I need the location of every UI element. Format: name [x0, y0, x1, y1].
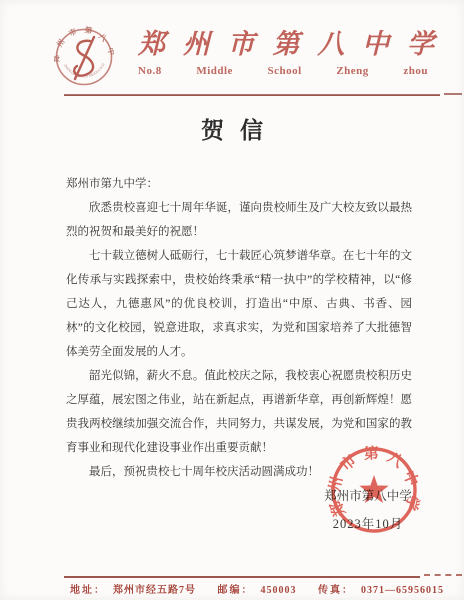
- seal-star-icon: [359, 475, 388, 503]
- paragraph-1: 欣悉贵校喜迎七十周年华诞，谨向贵校师生及广大校友致以最热烈的祝贺和最美好的祝愿！: [66, 196, 412, 244]
- footer-address: 地址：郑州市经五路7号: [70, 581, 196, 596]
- footer-postcode-label: 邮编：: [218, 585, 254, 596]
- footer-address-label: 地址：: [70, 585, 106, 596]
- school-name-en: No.8 Middle School Zheng zhou: [138, 65, 428, 77]
- logo-figure-8-icon: [74, 37, 94, 79]
- school-name-en-word: No.8: [138, 65, 162, 77]
- paragraph-2: 七十载立德树人砥砺行，七十载匠心筑梦谱华章。在七十年的文化传承与实践探索中，贵校…: [66, 244, 412, 364]
- letterhead: 郑州市第八中学 No.8 Middle School Zheng zhou: [138, 28, 434, 77]
- footer-fax-value: 0371—65956015: [361, 585, 444, 596]
- school-name-cn: 郑州市第八中学: [138, 28, 434, 60]
- school-logo: 郑州市第八中学 ZHENGZHOU NO.8 MIDDLE SCHOOL: [54, 26, 114, 88]
- footer-fax: 传真：0371—65956015: [318, 581, 444, 596]
- school-name-en-word: zhou: [403, 65, 428, 77]
- letter-title: 贺信: [0, 112, 464, 145]
- footer-postcode-value: 450003: [261, 585, 297, 596]
- school-name-en-word: Middle: [196, 65, 233, 77]
- footer: 地址：郑州市经五路7号 邮编：450003 传真：0371—65956015: [70, 581, 444, 596]
- salutation: 郑州市第九中学：: [66, 172, 412, 196]
- footer-divider: [64, 576, 420, 578]
- footer-fax-label: 传真：: [318, 585, 354, 596]
- footer-address-value: 郑州市经五路7号: [113, 585, 196, 596]
- scan-artifact-dash: [444, 93, 462, 95]
- letter-page: 郑州市第八中学 ZHENGZHOU NO.8 MIDDLE SCHOOL 郑州市…: [0, 0, 464, 600]
- scan-artifact-dashes: [424, 574, 462, 576]
- school-name-en-word: Zheng: [336, 65, 368, 77]
- letterhead-divider: [64, 94, 440, 96]
- school-name-en-word: School: [268, 65, 302, 77]
- footer-postcode: 邮编：450003: [218, 581, 297, 596]
- official-seal: 郑州市第八中学: [320, 436, 428, 544]
